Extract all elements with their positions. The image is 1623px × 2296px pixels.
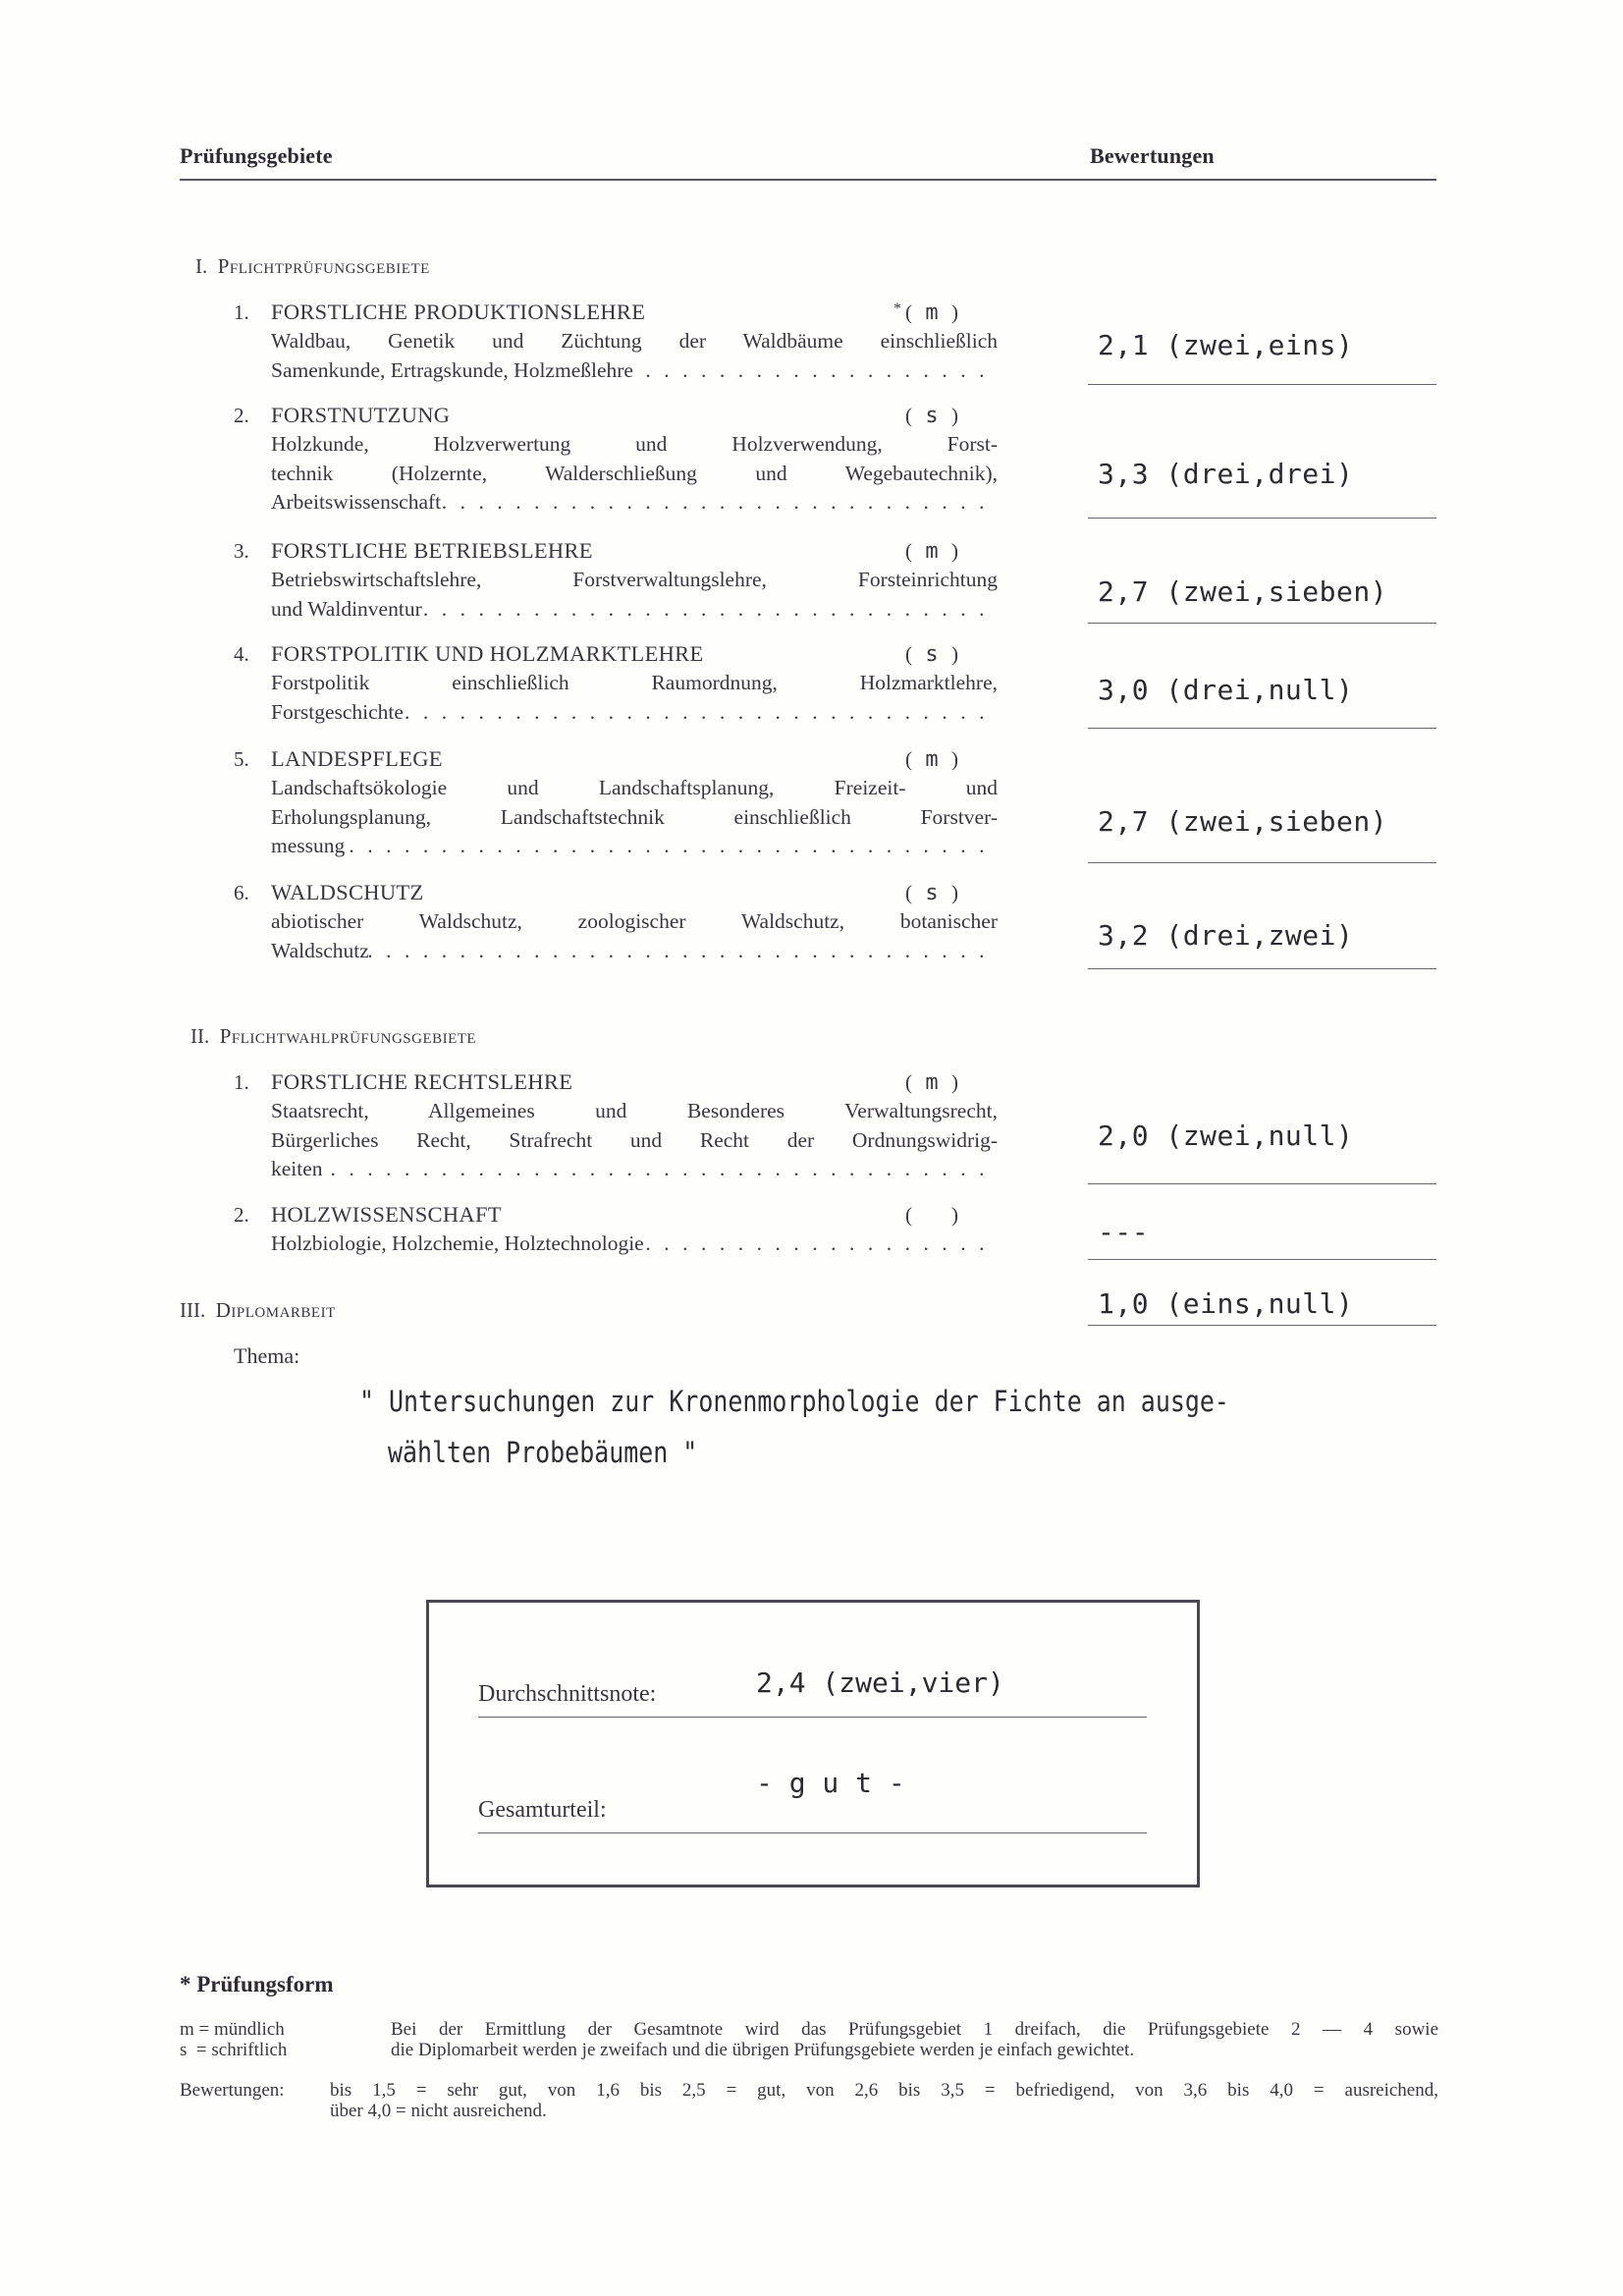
grade-underline — [1088, 384, 1436, 385]
leader-dots: ........................................… — [323, 1155, 998, 1184]
exam-item-description: abiotischer Waldschutz, zoologischer Wal… — [271, 907, 998, 965]
description-line: messung.................................… — [271, 832, 998, 861]
exam-form-marker: () — [893, 1203, 958, 1228]
description-text: Arbeitswissenschaft — [271, 488, 441, 518]
paren-open: ( — [905, 539, 912, 563]
average-grade-underline — [478, 1717, 1147, 1718]
grade-underline — [1088, 518, 1436, 519]
description-line: abiotischer Waldschutz, zoologischer Wal… — [271, 907, 998, 937]
exam-item-grade: 2,7 (zwei,sieben) — [1098, 575, 1387, 608]
exam-form-value: s — [912, 404, 951, 428]
description-line: Forstgeschichte.........................… — [271, 698, 998, 728]
description-line: Staatsrecht, Allgemeines und Besonderes … — [271, 1097, 998, 1126]
exam-item-number: 2. — [234, 404, 249, 428]
leader-dots: ........................................… — [441, 488, 998, 518]
exam-item-description: Landschaftsökologie und Landschaftsplanu… — [271, 774, 998, 861]
paren-close: ) — [951, 539, 958, 563]
description-line: Forstpolitik einschließlich Raumordnung,… — [271, 669, 998, 698]
description-text: messung — [271, 832, 345, 861]
description-line: Waldbau, Genetik und Züchtung der Waldbä… — [271, 327, 998, 356]
description-text: Samenkunde, Ertragskunde, Holzmeßlehre — [271, 356, 633, 386]
leader-dots: ........................................… — [633, 356, 998, 386]
exam-form-marker: (m) — [893, 1070, 958, 1095]
exam-item-description: Holzkunde, Holzverwertung und Holzverwen… — [271, 430, 998, 518]
exam-item-title: FORSTNUTZUNG — [271, 403, 450, 428]
section-3-title: Diplomarbeit — [216, 1298, 336, 1322]
grade-underline — [1088, 623, 1436, 624]
exam-item-grade: 3,2 (drei,zwei) — [1098, 919, 1353, 952]
grade-underline — [1088, 968, 1436, 969]
leader-dots: ........................................… — [422, 595, 998, 625]
overall-verdict-underline — [478, 1832, 1147, 1833]
paren-close: ) — [951, 881, 958, 904]
paren-open: ( — [905, 747, 912, 771]
thema-line-1: " Untersuchungen zur Kronenmorphologie d… — [359, 1385, 1229, 1418]
exam-item-number: 3. — [234, 539, 249, 564]
paren-close: ) — [951, 404, 958, 427]
header-left-label: Prüfungsgebiete — [180, 143, 333, 169]
exam-item-title: FORSTPOLITIK UND HOLZMARKTLEHRE — [271, 641, 704, 667]
paren-open: ( — [905, 1070, 912, 1094]
paren-close: ) — [951, 1203, 958, 1227]
description-text: und Waldinventur — [271, 595, 422, 625]
exam-item-number: 5. — [234, 747, 249, 772]
exam-item-description: Forstpolitik einschließlich Raumordnung,… — [271, 669, 998, 727]
exam-item-grade: 2,7 (zwei,sieben) — [1098, 805, 1387, 838]
average-grade-value: 2,4 (zwei,vier) — [756, 1667, 1004, 1699]
paren-open: ( — [905, 642, 912, 666]
description-text: Holzbiologie, Holzchemie, Holztechnologi… — [271, 1230, 644, 1259]
leader-dots: ........................................… — [644, 1230, 998, 1259]
exam-item-grade: 2,1 (zwei,eins) — [1098, 329, 1353, 361]
thema-line-2: wählten Probebäumen " — [388, 1436, 697, 1469]
exam-form-value: s — [912, 642, 951, 667]
grade-underline — [1088, 862, 1436, 863]
legend-m: m = mündlich — [180, 2019, 285, 2040]
exam-item-title: LANDESPFLEGE — [271, 746, 443, 772]
footnote-asterisk: * — [893, 301, 905, 318]
summary-box — [426, 1600, 1200, 1887]
section-2-title: Pflichtwahlprüfungsgebiete — [220, 1024, 476, 1048]
exam-item-description: Waldbau, Genetik und Züchtung der Waldbä… — [271, 327, 998, 385]
description-line: Arbeitswissenschaft.....................… — [271, 488, 998, 518]
legend-s-value: schriftlich — [211, 2040, 287, 2060]
exam-item-description: Betriebswirtschaftslehre, Forstverwaltun… — [271, 566, 998, 624]
overall-verdict-label: Gesamturteil: — [478, 1797, 607, 1824]
footnote-title: * Prüfungsform — [180, 1972, 334, 1997]
paren-open: ( — [905, 301, 912, 324]
description-text: Waldschutz — [271, 937, 369, 966]
description-line: technik (Holzernte, Walderschließung und… — [271, 460, 998, 489]
exam-form-value: m — [912, 1070, 951, 1095]
grade-underline — [1088, 728, 1436, 729]
exam-form-marker: (m) — [893, 539, 958, 564]
exam-item-number: 2. — [234, 1203, 249, 1228]
average-grade-label: Durchschnittsnote: — [478, 1681, 656, 1708]
scale-line-1: bis 1,5 = sehr gut, von 1,6 bis 2,5 = gu… — [330, 2080, 1438, 2101]
weighting-line-1: Bei der Ermittlung der Gesamtnote wird d… — [391, 2019, 1438, 2040]
description-line: Bürgerliches Recht, Strafrecht und Recht… — [271, 1126, 998, 1156]
section-3-heading: III. Diplomarbeit — [180, 1298, 336, 1323]
exam-item-number: 4. — [234, 642, 249, 667]
paren-open: ( — [905, 404, 912, 427]
exam-item-grade: 3,0 (drei,null) — [1098, 674, 1353, 706]
description-line: Holzbiologie, Holzchemie, Holztechnologi… — [271, 1230, 998, 1259]
exam-form-value: s — [912, 881, 951, 905]
leader-dots: ........................................… — [404, 698, 998, 728]
paren-close: ) — [951, 642, 958, 666]
diplomarbeit-grade: 1,0 (eins,null) — [1098, 1287, 1353, 1320]
exam-item-title: HOLZWISSENSCHAFT — [271, 1202, 502, 1228]
overall-verdict-value: - g u t - — [756, 1767, 905, 1799]
legend-m-key: m — [180, 2019, 194, 2040]
scale-label: Bewertungen: — [180, 2080, 285, 2101]
thema-label: Thema: — [234, 1343, 299, 1369]
exam-item-title: FORSTLICHE BETRIEBSLEHRE — [271, 538, 593, 564]
grade-underline — [1088, 1259, 1436, 1260]
paren-open: ( — [905, 881, 912, 904]
description-text: keiten — [271, 1155, 323, 1184]
leader-dots: ........................................… — [345, 832, 998, 861]
exam-item-grade: --- — [1098, 1216, 1149, 1248]
exam-item-number: 6. — [234, 881, 249, 905]
legend-m-value: mündlich — [214, 2019, 285, 2040]
exam-form-value: m — [912, 747, 951, 772]
description-line: Holzkunde, Holzverwertung und Holzverwen… — [271, 430, 998, 460]
description-line: keiten..................................… — [271, 1155, 998, 1184]
header-rule — [180, 179, 1436, 181]
description-line: Waldschutz..............................… — [271, 937, 998, 966]
exam-item-grade: 2,0 (zwei,null) — [1098, 1120, 1353, 1152]
legend-s: s = schriftlich — [180, 2040, 287, 2060]
exam-form-marker: (m) — [893, 747, 958, 772]
exam-item-description: Holzbiologie, Holzchemie, Holztechnologi… — [271, 1230, 998, 1259]
description-text: Forstgeschichte — [271, 698, 404, 728]
exam-item-title: WALDSCHUTZ — [271, 880, 424, 905]
exam-item-title: FORSTLICHE PRODUKTIONSLEHRE — [271, 300, 645, 325]
description-line: Landschaftsökologie und Landschaftsplanu… — [271, 774, 998, 803]
exam-form-marker: (s) — [893, 404, 958, 428]
header-right-label: Bewertungen — [1090, 143, 1215, 169]
grade-underline — [1088, 1183, 1436, 1184]
legend-m-eq: = — [199, 2019, 210, 2040]
paren-close: ) — [951, 301, 958, 324]
section-1-numeral: I. — [195, 254, 207, 278]
exam-item-grade: 3,3 (drei,drei) — [1098, 458, 1353, 490]
exam-form-marker: (s) — [893, 881, 958, 905]
diplomarbeit-grade-underline — [1088, 1325, 1436, 1326]
section-1-title: Pflichtprüfungsgebiete — [218, 254, 430, 278]
scale-line-2: über 4,0 = nicht ausreichend. — [330, 2101, 547, 2121]
paren-open: ( — [905, 1203, 912, 1227]
section-3-numeral: III. — [180, 1298, 205, 1322]
exam-form-value: m — [912, 539, 951, 564]
section-1-heading: I. Pflichtprüfungsgebiete — [195, 254, 430, 279]
exam-form-marker: *(m) — [893, 301, 958, 325]
exam-form-value: m — [912, 301, 951, 325]
exam-form-marker: (s) — [893, 642, 958, 667]
section-2-numeral: II. — [190, 1024, 209, 1048]
paren-close: ) — [951, 747, 958, 771]
leader-dots: ........................................… — [369, 937, 998, 966]
weighting-line-2: die Diplomarbeit werden je zweifach und … — [391, 2040, 1134, 2060]
exam-item-number: 1. — [234, 301, 249, 325]
section-2-heading: II. Pflichtwahlprüfungsgebiete — [190, 1024, 476, 1049]
legend-s-eq: = — [196, 2040, 207, 2060]
description-line: Betriebswirtschaftslehre, Forstverwaltun… — [271, 566, 998, 595]
exam-item-number: 1. — [234, 1070, 249, 1095]
description-line: Samenkunde, Ertragskunde, Holzmeßlehre..… — [271, 356, 998, 386]
exam-item-description: Staatsrecht, Allgemeines und Besonderes … — [271, 1097, 998, 1184]
legend-s-key: s — [180, 2040, 187, 2060]
description-line: und Waldinventur........................… — [271, 595, 998, 625]
paren-close: ) — [951, 1070, 958, 1094]
exam-item-title: FORSTLICHE RECHTSLEHRE — [271, 1069, 572, 1095]
description-line: Erholungsplanung, Landschaftstechnik ein… — [271, 803, 998, 833]
